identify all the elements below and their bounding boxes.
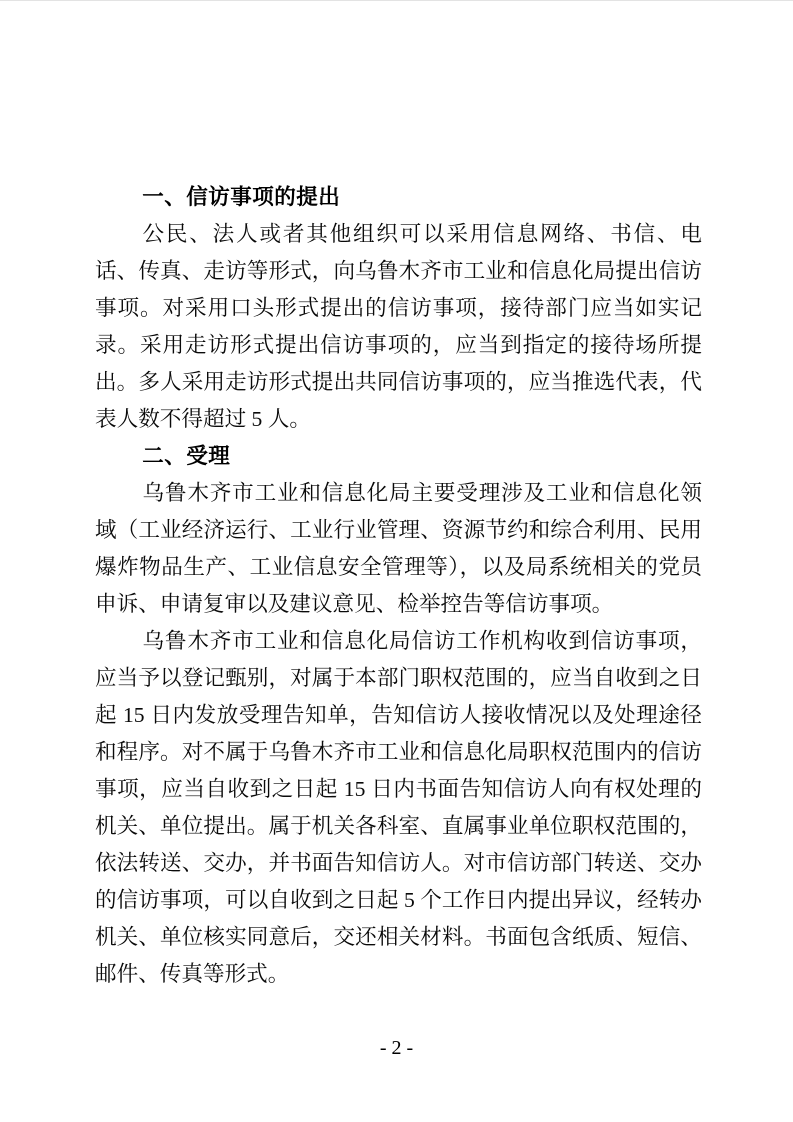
section-heading-2: 二、受理 (95, 438, 702, 475)
page-number: - 2 - (0, 1037, 793, 1060)
body-paragraph-3: 乌鲁木齐市工业和信息化局信访工作机构收到信访事项，应当予以登记甄别，对属于本部门… (95, 623, 702, 993)
body-paragraph-1: 公民、法人或者其他组织可以采用信息网络、书信、电话、传真、走访等形式，向乌鲁木齐… (95, 216, 702, 438)
document-page: 一、信访事项的提出 公民、法人或者其他组织可以采用信息网络、书信、电话、传真、走… (0, 0, 793, 1122)
body-paragraph-2: 乌鲁木齐市工业和信息化局主要受理涉及工业和信息化领域（工业经济运行、工业行业管理… (95, 475, 702, 623)
section-heading-1: 一、信访事项的提出 (95, 179, 702, 216)
document-content: 一、信访事项的提出 公民、法人或者其他组织可以采用信息网络、书信、电话、传真、走… (95, 179, 702, 993)
